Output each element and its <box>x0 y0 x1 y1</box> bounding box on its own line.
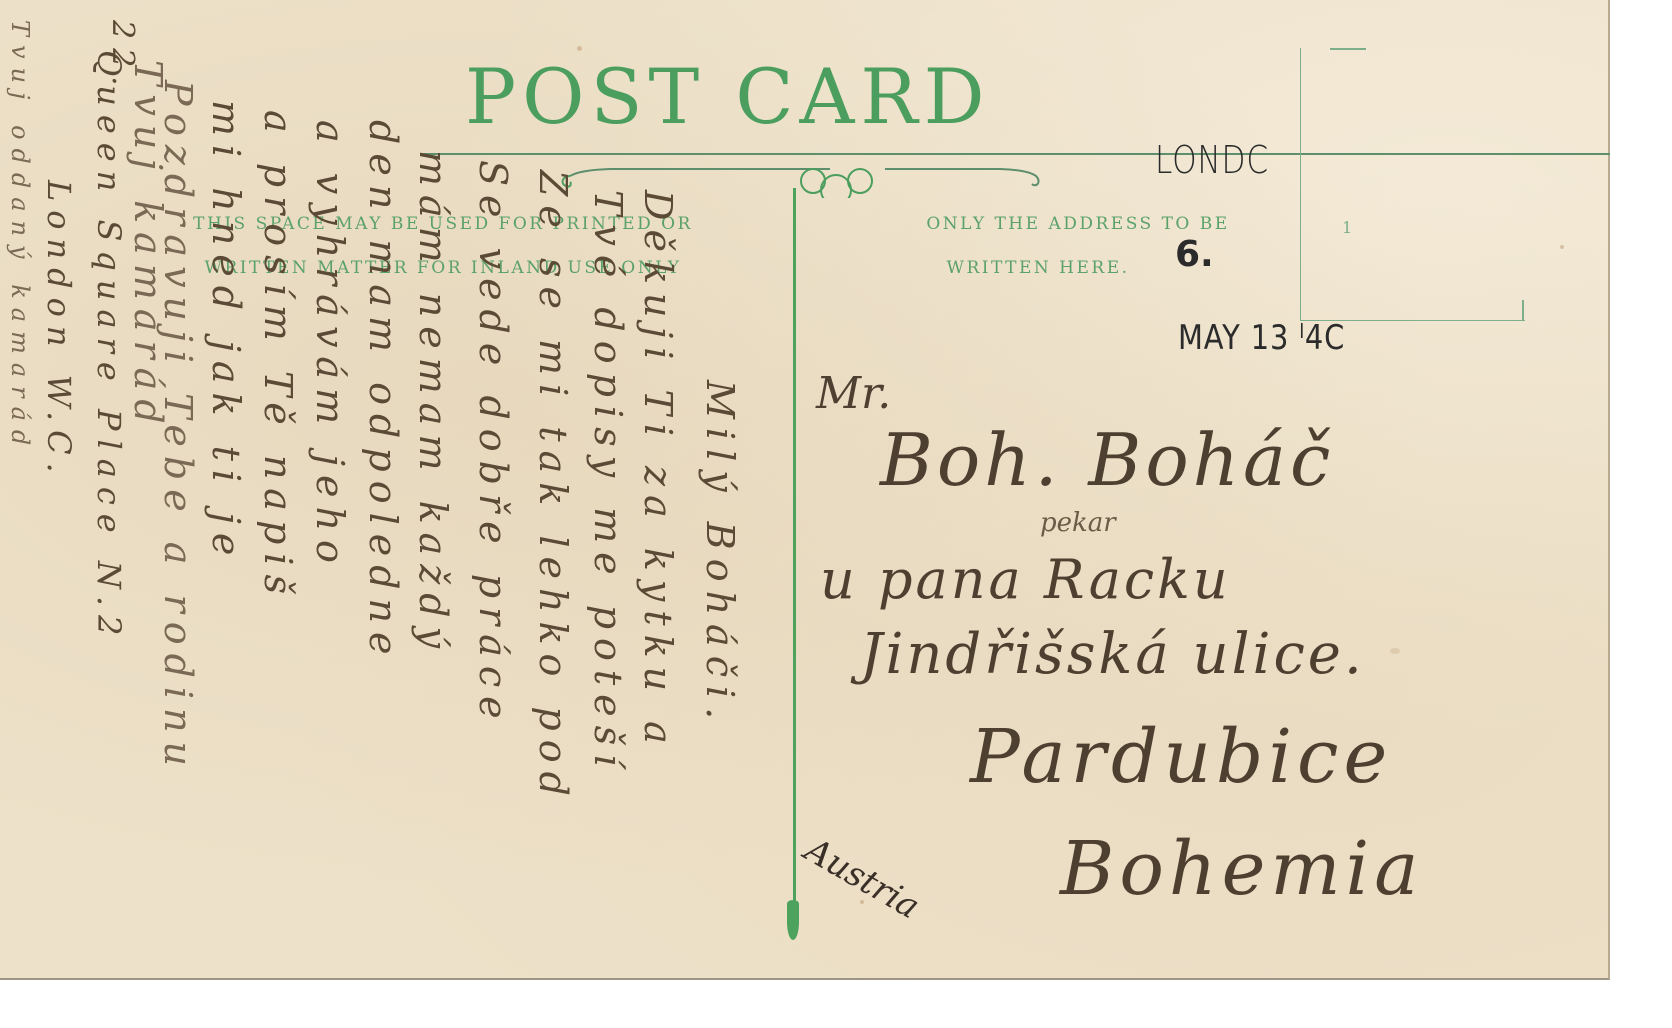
paper-speck <box>577 46 582 51</box>
message-line: den mam odpoledne <box>361 120 405 664</box>
message-line: Tvuj kamarád <box>126 60 170 433</box>
postmark-date: MAY 13 ˡ4C <box>1178 318 1345 358</box>
message-line: Děkuji Ti za kytku a <box>636 190 680 753</box>
stamp-box <box>1300 48 1525 321</box>
message-line: Se vede dobře práce <box>471 160 515 728</box>
address-care-of-note: pekar <box>1040 508 1116 538</box>
sender-address-line: London W.C. <box>40 180 78 482</box>
postcard-title: POST CARD <box>465 52 991 141</box>
postcard-back: POST CARD THIS SPACE MAY BE USED FOR PRI… <box>0 0 1610 980</box>
message-line: Tvé dopisy me poteší <box>586 190 630 775</box>
message-line: mi hned jak ti je <box>204 100 248 564</box>
paper-speck <box>1560 245 1564 249</box>
paper-speck <box>1390 648 1400 654</box>
printed-notice-right-line2: WRITTEN HERE. <box>858 258 1218 278</box>
ornament-flourish-icon <box>560 158 1050 198</box>
address-name: Boh. Boháč <box>880 418 1334 502</box>
address-care-of: u pana Racku <box>820 548 1231 611</box>
message-line: a prosím Tě napiš <box>256 110 300 603</box>
address-street: Jindřišská ulice. <box>860 622 1365 687</box>
address-country: Austria <box>798 830 926 927</box>
message-line: Milý Boháči. <box>698 380 742 728</box>
postmark-city: LONDC <box>1155 138 1269 182</box>
address-city: Pardubice <box>970 714 1392 800</box>
address-region: Bohemia <box>1060 826 1423 912</box>
stamp-box-mark: 1 <box>1342 218 1352 237</box>
stamp-box-corner <box>1330 48 1366 50</box>
sender-address-line: Queen Square Place N.2 <box>90 50 128 644</box>
message-line: a vyhrávám jeho <box>308 120 352 572</box>
center-divider-tip <box>787 900 799 940</box>
postmark-number: 6. <box>1175 234 1214 275</box>
printed-notice-right-line1: ONLY THE ADDRESS TO BE <box>858 214 1298 234</box>
stamp-box-corner <box>1522 300 1524 320</box>
center-divider <box>793 188 796 928</box>
address-salutation: Mr. <box>816 368 891 419</box>
message-line: Ze se mi tak lehko pod <box>531 170 575 805</box>
message-line: mám nemam každý <box>411 150 455 657</box>
sender-address-line: Tvuj oddaný kamarád <box>6 20 34 454</box>
